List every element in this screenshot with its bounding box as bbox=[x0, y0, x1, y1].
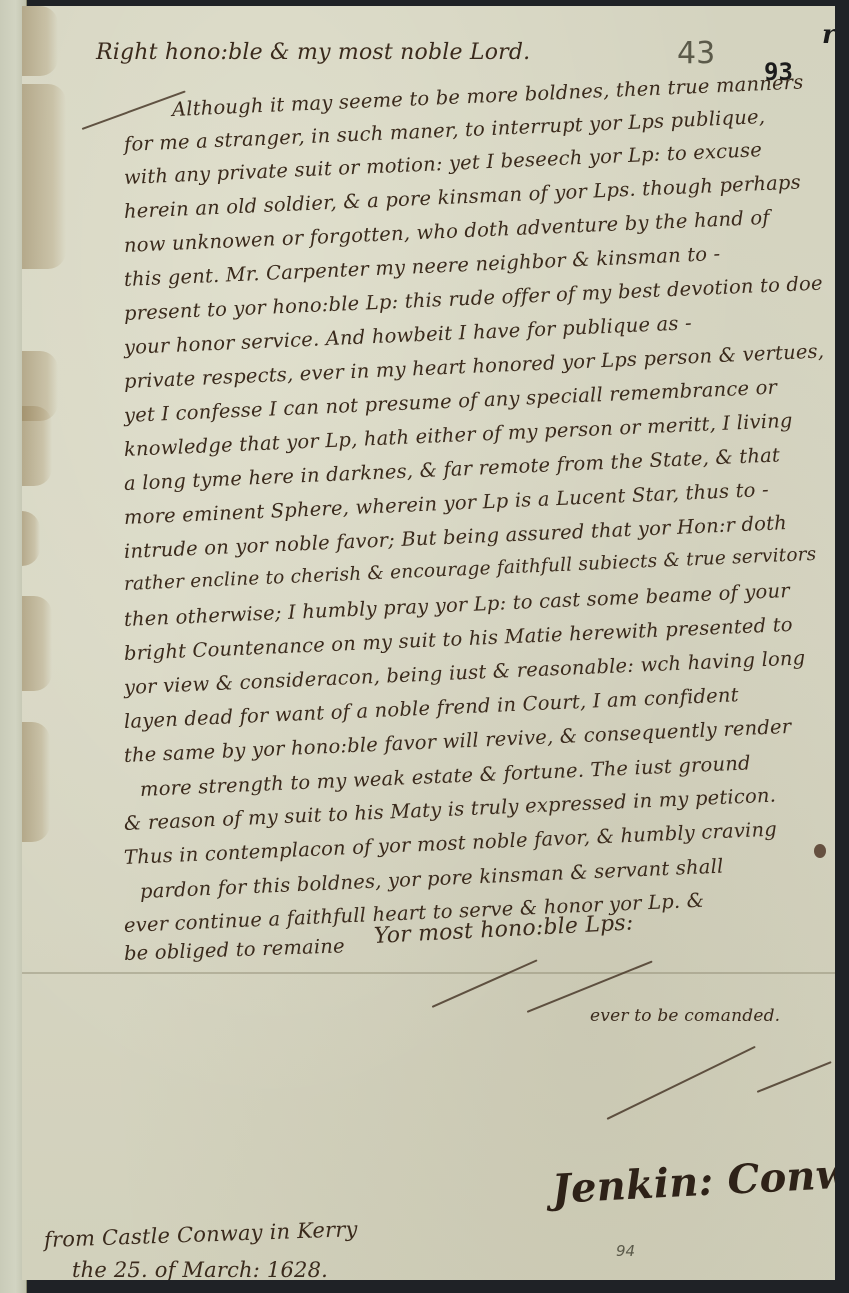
letter-line: be obliged to remaine bbox=[124, 934, 346, 965]
subscription-line: ever to be comanded. bbox=[590, 1006, 780, 1026]
margin-stain bbox=[22, 84, 66, 269]
margin-stain bbox=[22, 511, 40, 566]
flourish-stroke bbox=[432, 959, 538, 1007]
signature: Jenkin: Conway bbox=[551, 1148, 835, 1213]
footer-folio-number: 94 bbox=[616, 1242, 635, 1260]
margin-stain bbox=[22, 6, 58, 76]
margin-stain bbox=[22, 406, 52, 486]
date-line: the 25. of March: 1628. bbox=[72, 1258, 328, 1280]
fold-line bbox=[22, 972, 835, 974]
flourish-stroke bbox=[607, 1046, 756, 1120]
folio-pencil-number: 43 bbox=[677, 36, 715, 71]
manuscript-page: 43 r 93 Right hono:ble & my most noble L… bbox=[22, 6, 835, 1280]
salutation: Right hono:ble & my most noble Lord. bbox=[96, 40, 530, 65]
place-line: from Castle Conway in Kerry bbox=[44, 1217, 358, 1252]
folio-mark: r bbox=[822, 20, 835, 50]
opening-flourish bbox=[82, 90, 186, 130]
flourish-stroke bbox=[757, 1061, 832, 1092]
margin-stain bbox=[22, 722, 50, 842]
flourish-stroke bbox=[527, 960, 653, 1012]
ink-blot bbox=[814, 844, 826, 858]
margin-stain bbox=[22, 596, 52, 691]
